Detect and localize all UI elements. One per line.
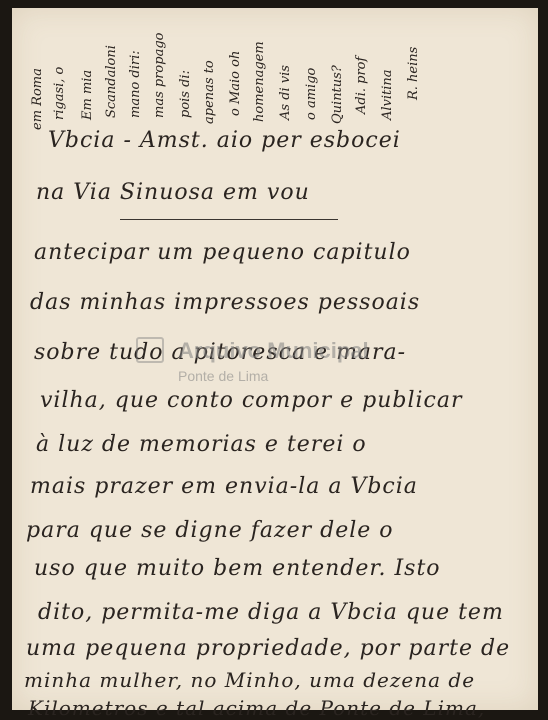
letter-line: Kilometros e tal acima de Ponte de Lima, [28, 696, 485, 720]
watermark-subtitle: Ponte de Lima [178, 368, 268, 384]
letter-line: Vbcia - Amst. aio per esbocei [48, 128, 401, 153]
margin-note: o Maio oh [228, 16, 243, 116]
margin-note: mas propago [152, 18, 167, 118]
margin-note: mano diri: [128, 18, 143, 118]
margin-note: Scandaloni [104, 28, 119, 118]
letter-line: antecipar um pequeno capitulo [34, 240, 411, 265]
margin-note: pois di: [178, 28, 193, 118]
margin-note: apenas to [202, 24, 217, 124]
underline [120, 219, 338, 220]
letter-line: das minhas impressoes pessoais [30, 290, 420, 315]
margin-note: Alvitina [380, 20, 395, 120]
letter-line: vilha, que conto compor e publicar [40, 388, 463, 413]
margin-note: Em mia [80, 40, 95, 120]
letter-line: mais prazer em envia-la a Vbcia [30, 474, 418, 499]
letter-line: uso que muito bem entender. Isto [34, 556, 441, 581]
letter-line: para que se digne fazer dele o [26, 518, 394, 543]
archive-logo-icon [136, 337, 164, 363]
margin-note: As di vis [278, 20, 293, 120]
margin-note: Adi. prof [354, 14, 369, 114]
letter-line: dito, permita-me diga a Vbcia que tem [38, 600, 504, 625]
margin-note: o amigo [304, 10, 319, 120]
letter-line: minha mulher, no Minho, uma dezena de [24, 668, 475, 692]
margin-note: em Roma [30, 50, 45, 130]
watermark-title: Arquivo Municipal [178, 338, 369, 364]
letter-line: à luz de memorias e terei o [36, 432, 367, 457]
margin-note: rigasi, o [52, 30, 67, 120]
margin-note: R. heins [406, 10, 421, 100]
letter-line: uma pequena propriedade, por parte de [26, 636, 510, 661]
margin-note: Quintus? [330, 14, 345, 124]
margin-note: homenagem [252, 12, 267, 122]
letter-line: na Via Sinuosa em vou [36, 180, 310, 205]
